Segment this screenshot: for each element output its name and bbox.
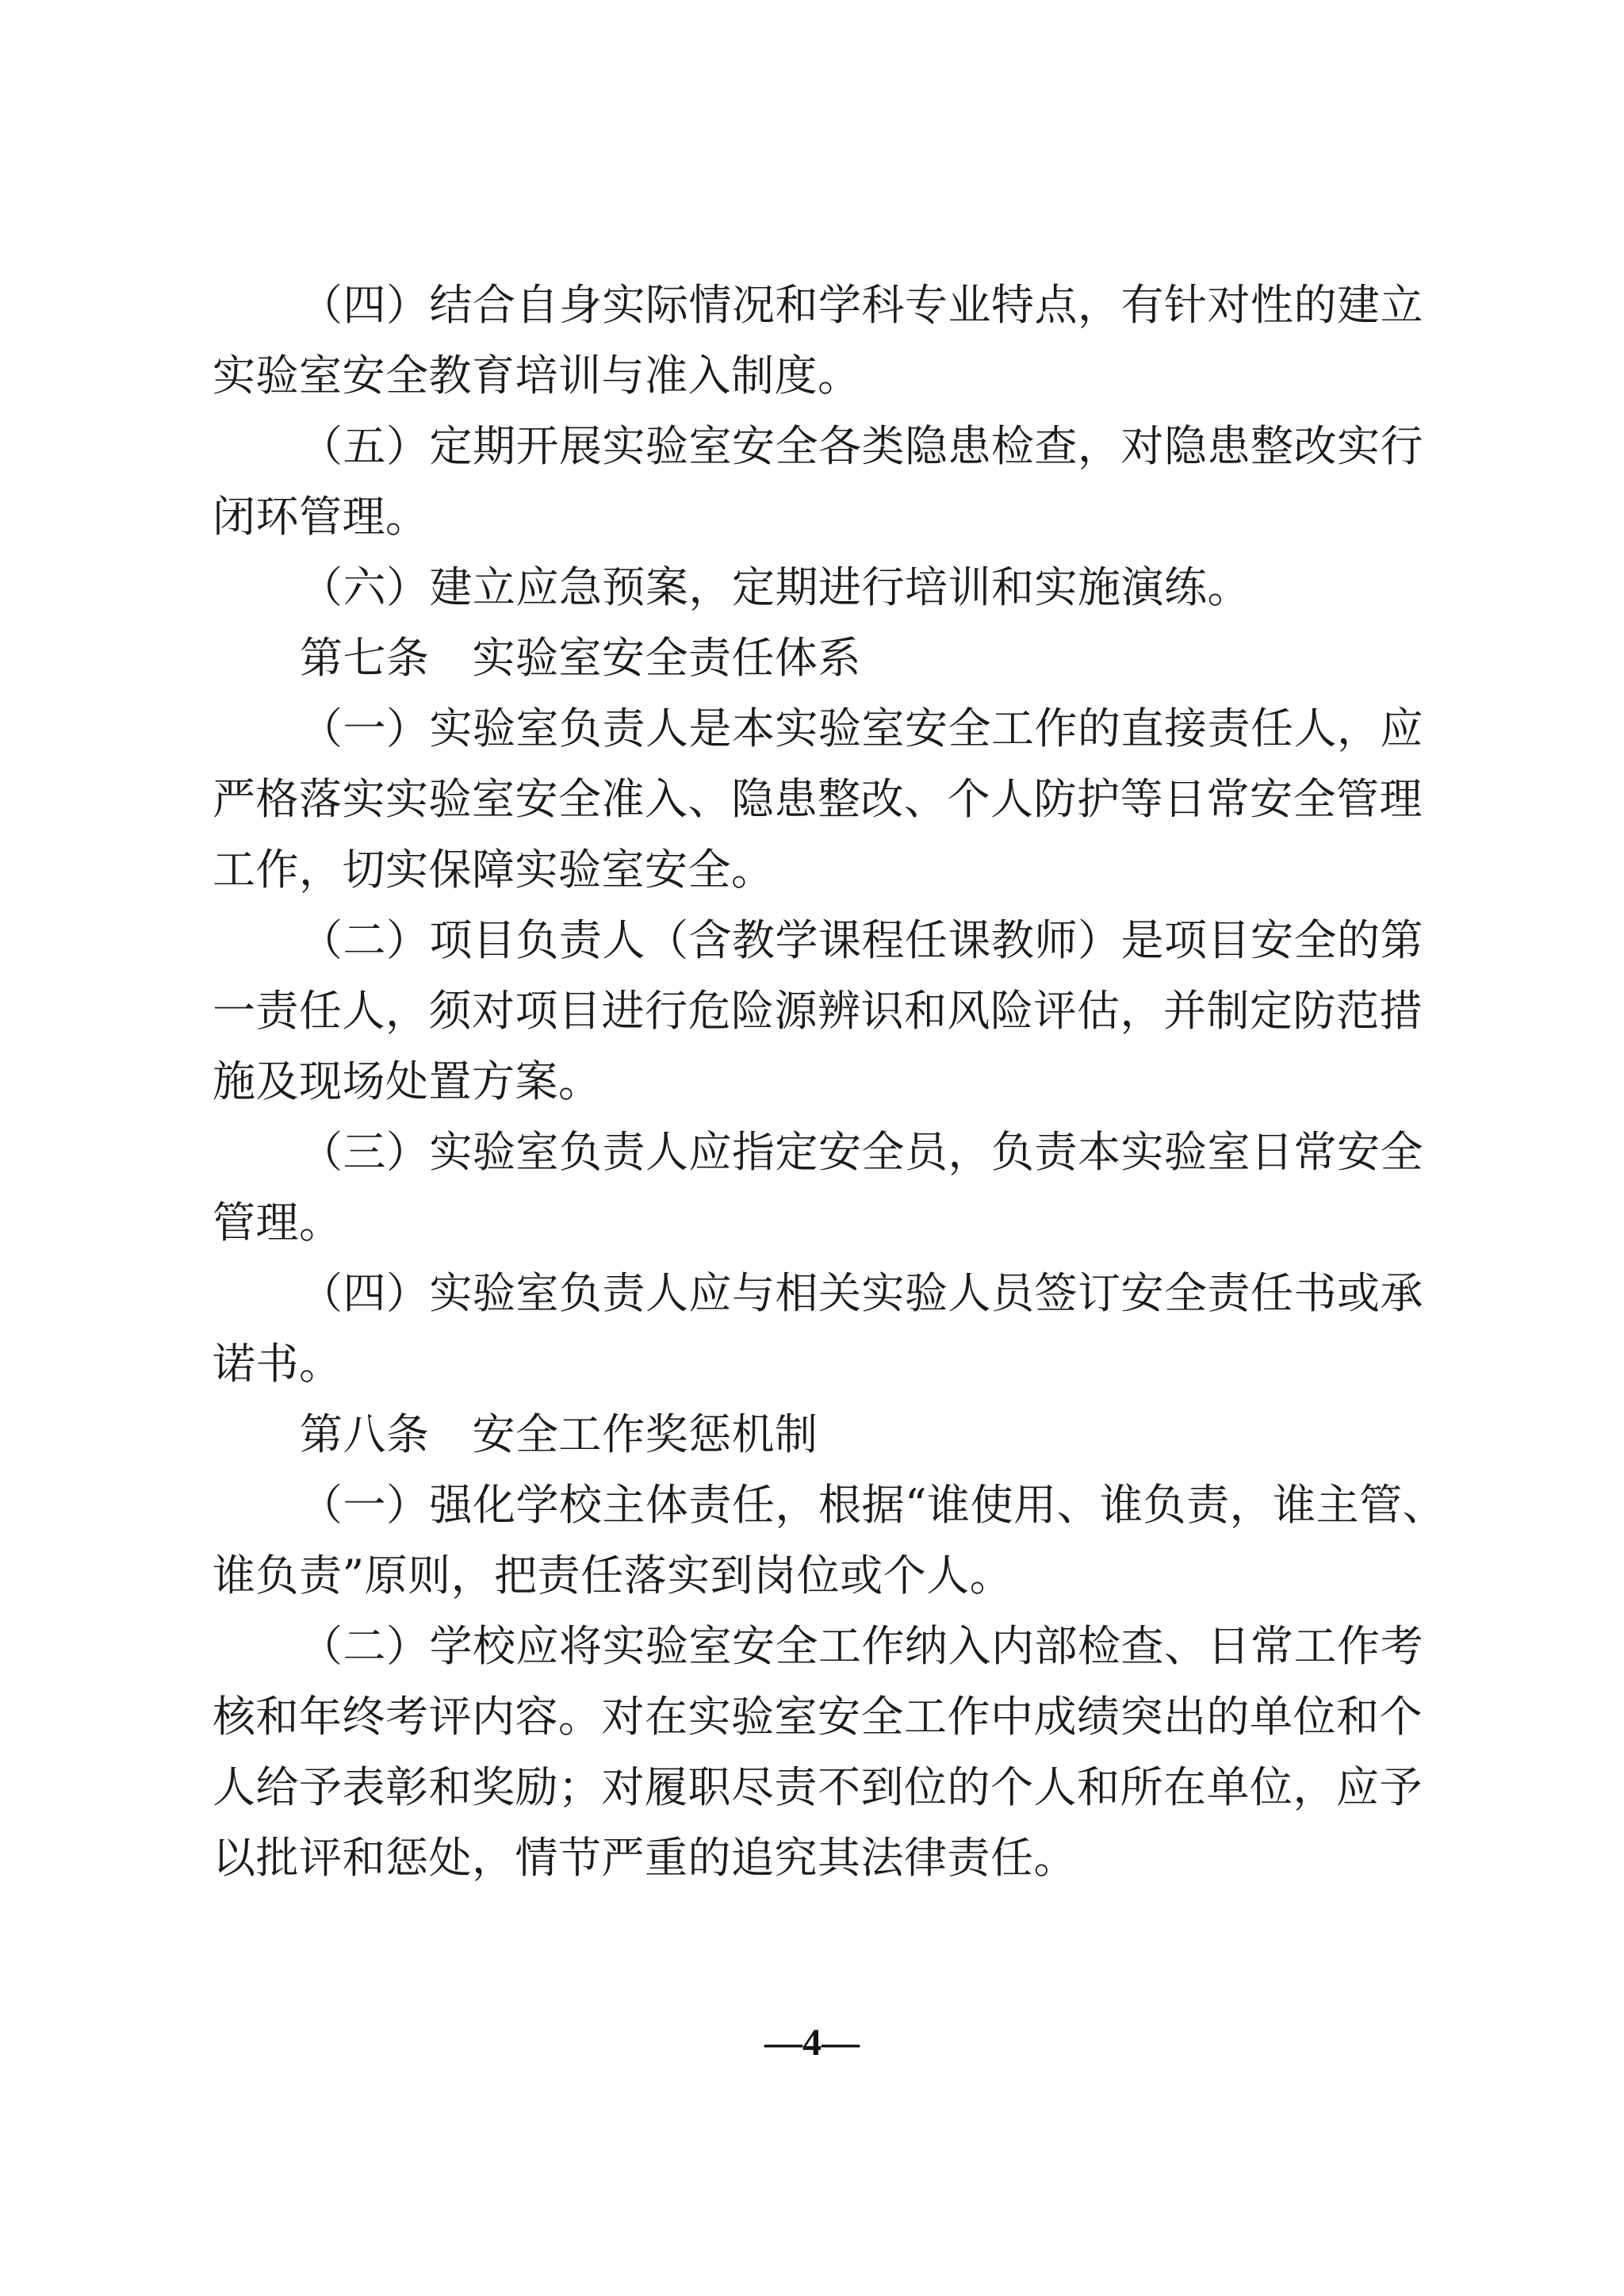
paragraph-line: 闭环管理。 [213, 481, 1430, 552]
paragraph-line: （六）建立应急预案，定期进行培训和实施演练。 [213, 552, 1430, 623]
paragraph-line: （一）实验室负责人是本实验室安全工作的直接责任人，应 [213, 693, 1430, 764]
paragraph-line: （五）定期开展实验室安全各类隐患检查，对隐患整改实行 [213, 411, 1430, 481]
paragraph-line: 谁负责”原则，把责任落实到岗位或个人。 [213, 1540, 1430, 1611]
paragraph-line: 管理。 [213, 1187, 1430, 1258]
article-number: 第八条 [300, 1409, 430, 1459]
paragraph-line: （四）实验室负责人应与相关实验人员签订安全责任书或承 [213, 1258, 1430, 1328]
article-heading-7: 第七条实验室安全责任体系 [213, 623, 1430, 693]
paragraph-line: 以批评和惩处，情节严重的追究其法律责任。 [213, 1823, 1430, 1893]
paragraph-line: 诺书。 [213, 1328, 1430, 1399]
paragraph-line: 严格落实实验室安全准入、隐患整改、个人防护等日常安全管理 [213, 764, 1430, 834]
paragraph-line: 实验室安全教育培训与准入制度。 [213, 340, 1430, 411]
paragraph-line: （二）项目负责人（含教学课程任课教师）是项目安全的第 [213, 905, 1430, 976]
page-number: —4— [0, 2021, 1624, 2064]
document-body: （四）结合自身实际情况和学科专业特点，有针对性的建立 实验室安全教育培训与准入制… [213, 270, 1430, 1893]
paragraph-line: 一责任人，须对项目进行危险源辨识和风险评估，并制定防范措 [213, 976, 1430, 1046]
article-title: 实验室安全责任体系 [473, 633, 862, 683]
paragraph-line: （二）学校应将实验室安全工作纳入内部检查、日常工作考 [213, 1611, 1430, 1681]
article-number: 第七条 [300, 633, 430, 683]
paragraph-line: （三）实验室负责人应指定安全员，负责本实验室日常安全 [213, 1117, 1430, 1187]
paragraph-line: 施及现场处置方案。 [213, 1046, 1430, 1117]
paragraph-line: （一）强化学校主体责任，根据“谁使用、谁负责，谁主管、 [213, 1470, 1430, 1540]
paragraph-line: 工作，切实保障实验室安全。 [213, 834, 1430, 905]
article-heading-8: 第八条安全工作奖惩机制 [213, 1399, 1430, 1470]
paragraph-line: （四）结合自身实际情况和学科专业特点，有针对性的建立 [213, 270, 1430, 340]
paragraph-line: 核和年终考评内容。对在实验室安全工作中成绩突出的单位和个 [213, 1681, 1430, 1752]
paragraph-line: 人给予表彰和奖励；对履职尽责不到位的个人和所在单位，应予 [213, 1752, 1430, 1823]
article-title: 安全工作奖惩机制 [473, 1409, 818, 1459]
